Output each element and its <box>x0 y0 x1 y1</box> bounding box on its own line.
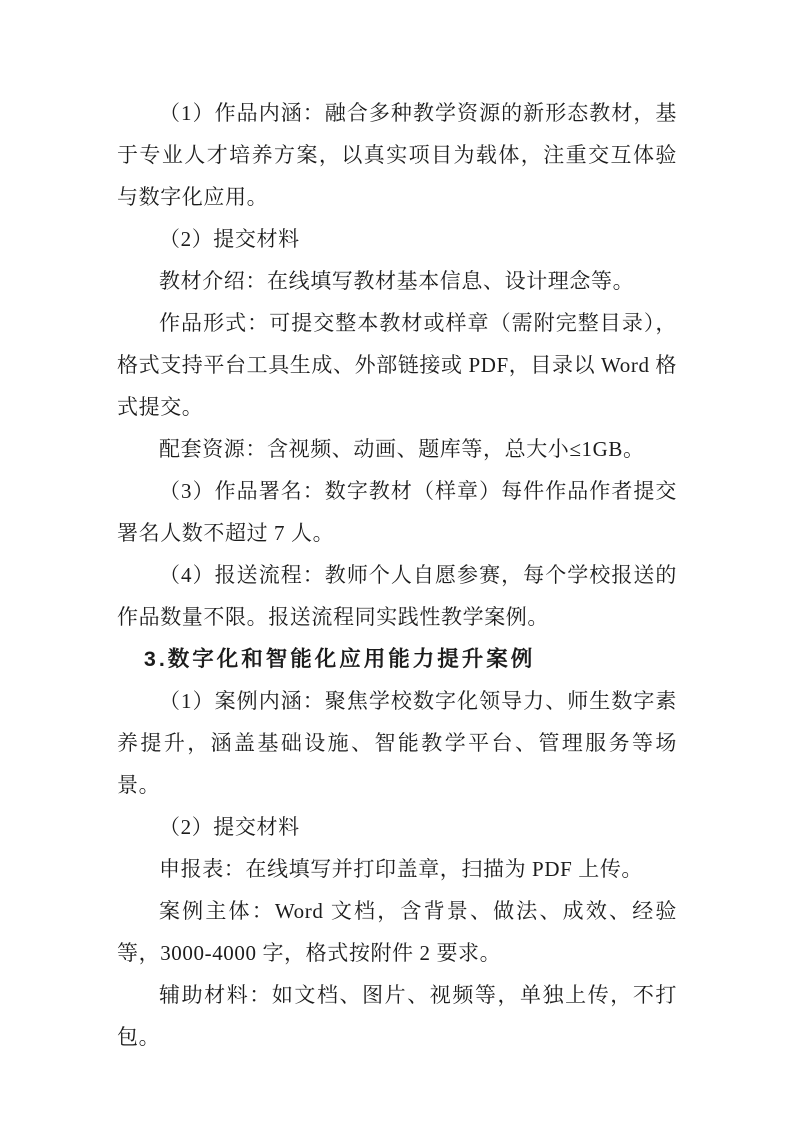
doc-paragraph-case-content: （1）案例内涵：聚焦学校数字化领导力、师生数字素养提升，涵盖基础设施、智能教学平… <box>117 680 677 806</box>
doc-paragraph-work-signature: （3）作品署名：数字教材（样章）每件作品作者提交署名人数不超过 7 人。 <box>117 470 677 554</box>
doc-paragraph-submit-materials-1: （2）提交材料 <box>117 218 677 260</box>
doc-paragraph-work-format: 作品形式：可提交整本教材或样章（需附完整目录），格式支持平台工具生成、外部链接或… <box>117 302 677 428</box>
doc-paragraph-work-content: （1）作品内涵：融合多种教学资源的新形态教材，基于专业人才培养方案，以真实项目为… <box>117 92 677 218</box>
doc-paragraph-submit-materials-2: （2）提交材料 <box>117 806 677 848</box>
section-heading-digital-cases: 3.数字化和智能化应用能力提升案例 <box>117 638 677 680</box>
doc-paragraph-auxiliary-materials: 辅助材料：如文档、图片、视频等，单独上传，不打包。 <box>117 974 677 1058</box>
doc-paragraph-supporting-resource: 配套资源：含视频、动画、题库等，总大小≤1GB。 <box>117 428 677 470</box>
doc-paragraph-application-form: 申报表：在线填写并打印盖章，扫描为 PDF 上传。 <box>117 848 677 890</box>
doc-paragraph-textbook-intro: 教材介绍：在线填写教材基本信息、设计理念等。 <box>117 260 677 302</box>
doc-paragraph-case-body: 案例主体：Word 文档，含背景、做法、成效、经验等，3000-4000 字，格… <box>117 890 677 974</box>
document-page: （1）作品内涵：融合多种教学资源的新形态教材，基于专业人才培养方案，以真实项目为… <box>0 0 793 1122</box>
doc-paragraph-submission-process: （4）报送流程：教师个人自愿参赛，每个学校报送的作品数量不限。报送流程同实践性教… <box>117 554 677 638</box>
